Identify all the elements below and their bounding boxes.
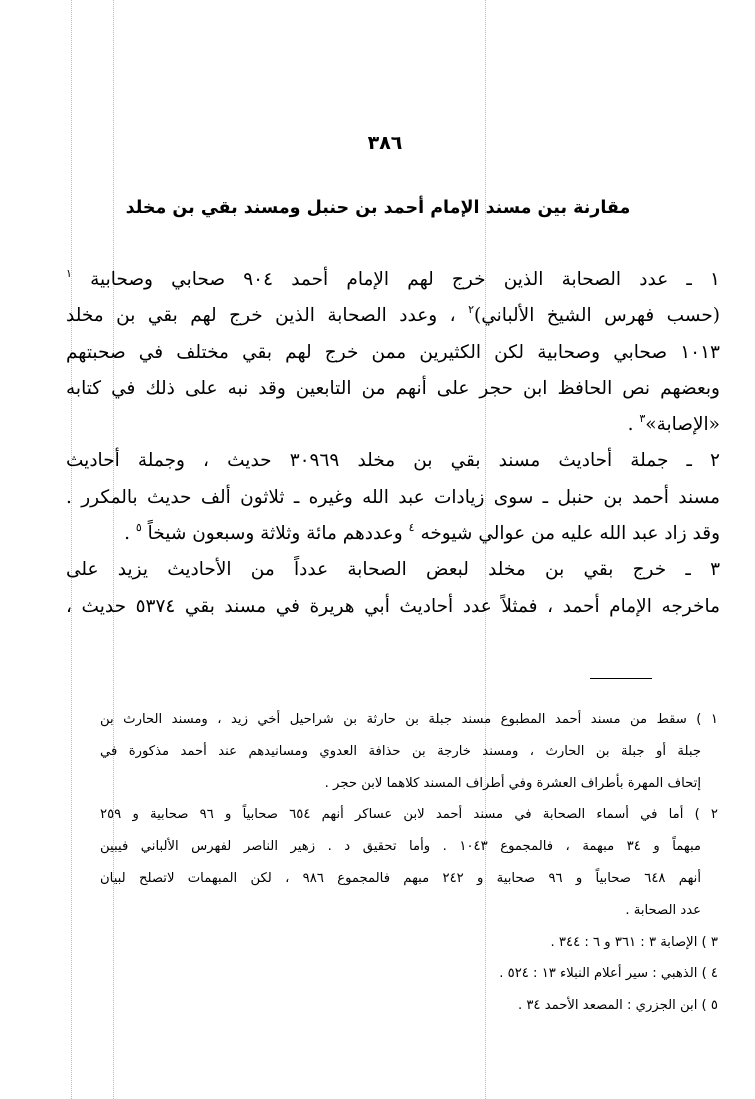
main-text: ١ ـ عدد الصحابة الذين خرج لهم الإمام أحم… [66, 262, 720, 625]
paragraph-3: ٣ ـ خرج بقي بن مخلد لبعض الصحابة عدداً م… [66, 552, 720, 625]
footnote-line: ٢ ) أما في أسماء الصحابة في مسند أحمد لا… [100, 799, 718, 831]
footnotes: ١ ) سقط من مسند أحمد المطبوع مسند جبلة ب… [100, 704, 718, 1022]
footnote-ref[interactable]: ٥ [136, 521, 142, 534]
footnote-line: إتحاف المهرة بأطراف العشرة وفي أطراف الم… [100, 768, 718, 800]
footnote-3: ٣ ) الإصابة ٣ : ٣٦١ و ٦ : ٣٤٤ . [100, 927, 718, 959]
page-title: مقارنة بين مسند الإمام أحمد بن حنبل ومسن… [118, 198, 638, 218]
footnote-4: ٤ ) الذهبي : سير أعلام النبلاء ١٣ : ٥٢٤ … [100, 958, 718, 990]
footnote-line: أنهم ٦٤٨ صحابياً و ٩٦ صحابية و ٢٤٢ مبهم … [100, 863, 718, 895]
footnote-2: ٢ ) أما في أسماء الصحابة في مسند أحمد لا… [100, 799, 718, 926]
footnote-ref[interactable]: ٤ [409, 521, 415, 534]
footnote-separator [590, 678, 652, 679]
footnote-line: ٥ ) ابن الجزري : المصعد الأحمد ٣٤ . [100, 990, 718, 1022]
footnote-line: ٣ ) الإصابة ٣ : ٣٦١ و ٦ : ٣٤٤ . [100, 927, 718, 959]
text-line: ٢ ـ جملة أحاديث مسند بقي بن مخلد ٣٠٩٦٩ ح… [66, 443, 720, 479]
text-line: وقد زاد عبد الله عليه من عوالي شيوخه ٤ و… [66, 516, 720, 552]
footnote-line: مبهماً و ٣٤ مبهمة ، فالمجموع ١٠٤٣ . وأما… [100, 831, 718, 863]
text-line: ١٠١٣ صحابي وصحابية لكن الكثيرين ممن خرج … [66, 335, 720, 371]
footnote-line: جبلة أو جبلة بن الحارث ، ومسند خارجة بن … [100, 736, 718, 768]
text-line: «الإصابة»٣ . [66, 407, 720, 443]
footnote-line: ٤ ) الذهبي : سير أعلام النبلاء ١٣ : ٥٢٤ … [100, 958, 718, 990]
text-line: ٣ ـ خرج بقي بن مخلد لبعض الصحابة عدداً م… [66, 552, 720, 588]
text-line: ماخرجه الإمام أحمد ، فمثلاً عدد أحاديث أ… [66, 589, 720, 625]
text-line: مسند أحمد بن حنبل ـ سوى زيادات عبد الله … [66, 480, 720, 516]
footnote-5: ٥ ) ابن الجزري : المصعد الأحمد ٣٤ . [100, 990, 718, 1022]
paragraph-2: ٢ ـ جملة أحاديث مسند بقي بن مخلد ٣٠٩٦٩ ح… [66, 443, 720, 552]
footnote-line: عدد الصحابة . [100, 895, 718, 927]
text-line: (حسب فهرس الشيخ الألباني)٢ ، وعدد الصحاب… [66, 298, 720, 334]
footnote-1: ١ ) سقط من مسند أحمد المطبوع مسند جبلة ب… [100, 704, 718, 799]
footnote-ref[interactable]: ١ [66, 267, 72, 280]
paragraph-1: ١ ـ عدد الصحابة الذين خرج لهم الإمام أحم… [66, 262, 720, 443]
page-number: ٣٨٦ [0, 132, 755, 154]
text-line: وبعضهم نص الحافظ ابن حجر على أنهم من الت… [66, 371, 720, 407]
text-line: ١ ـ عدد الصحابة الذين خرج لهم الإمام أحم… [66, 262, 720, 298]
footnote-line: ١ ) سقط من مسند أحمد المطبوع مسند جبلة ب… [100, 704, 718, 736]
